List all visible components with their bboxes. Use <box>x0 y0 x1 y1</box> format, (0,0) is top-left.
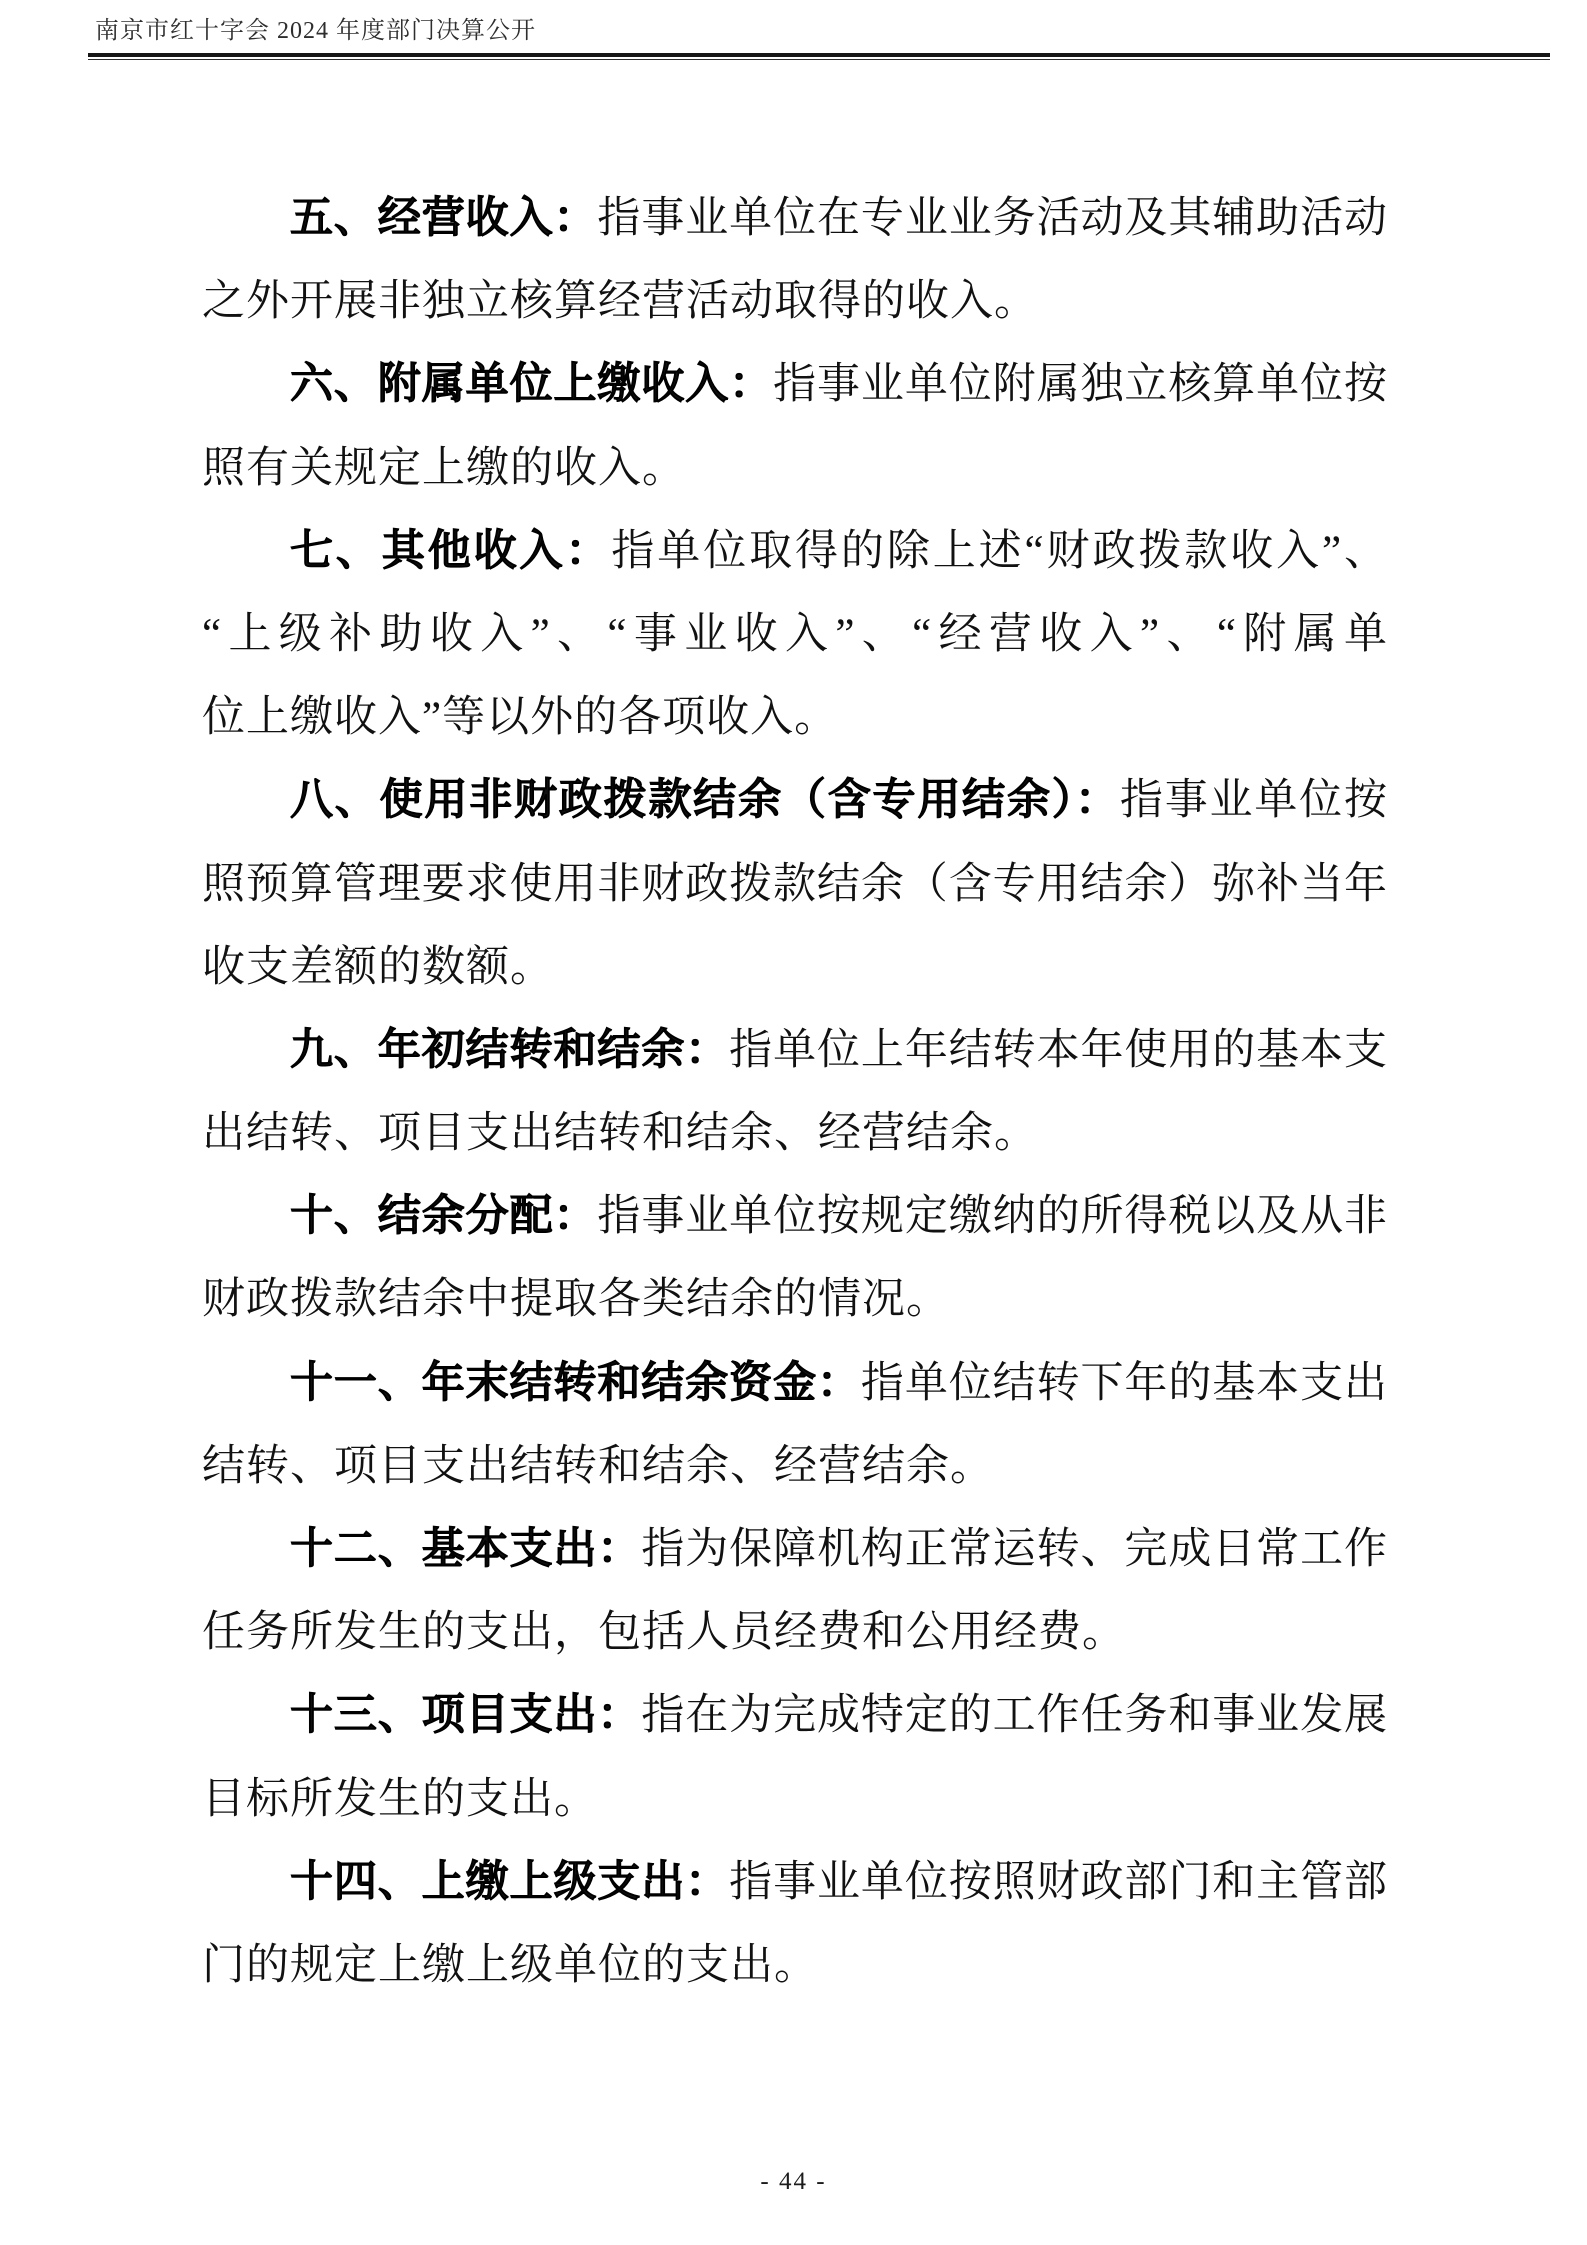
text-line: “上级补助收入”、“事业收入”、“经营收入”、“附属单 <box>202 593 1387 676</box>
text-line: 收支差额的数额。 <box>202 926 1387 1009</box>
definition-text: 指事业单位按规定缴纳的所得税以及从非 <box>597 1193 1387 1240</box>
definition-text: 指事业单位附属独立核算单位按 <box>773 361 1387 408</box>
definition-text: 指事业单位按 <box>1120 777 1387 824</box>
definition-text: 照有关规定上缴的收入。 <box>202 445 686 492</box>
definition-text: 指事业单位按照财政部门和主管部 <box>729 1859 1387 1906</box>
definition-text: 指单位上年结转本年使用的基本支 <box>729 1027 1387 1074</box>
text-line: 照有关规定上缴的收入。 <box>202 427 1387 510</box>
definition-text: 指事业单位在专业业务活动及其辅助活动 <box>597 195 1387 242</box>
definition-text: “上级补助收入”、“事业收入”、“经营收入”、“附属单 <box>202 611 1387 658</box>
definition-text: 指单位结转下年的基本支出 <box>861 1360 1387 1407</box>
definition-text: 之外开展非独立核算经营活动取得的收入。 <box>202 278 1038 325</box>
term-label: 十三、项目支出： <box>290 1692 641 1739</box>
term-label: 九、年初结转和结余： <box>290 1027 729 1074</box>
text-line: 门的规定上缴上级单位的支出。 <box>202 1924 1387 2007</box>
term-label: 十四、上缴上级支出： <box>290 1859 729 1906</box>
text-line: 十三、项目支出：指在为完成特定的工作任务和事业发展 <box>202 1674 1387 1757</box>
text-line: 九、年初结转和结余：指单位上年结转本年使用的基本支 <box>202 1009 1387 1092</box>
definition-text: 指单位取得的除上述“财政拨款收入”、 <box>611 528 1387 575</box>
definition-text: 门的规定上缴上级单位的支出。 <box>202 1942 818 1989</box>
text-line: 七、其他收入：指单位取得的除上述“财政拨款收入”、 <box>202 510 1387 593</box>
text-line: 十、结余分配：指事业单位按规定缴纳的所得税以及从非 <box>202 1175 1387 1258</box>
term-label: 十一、年末结转和结余资金： <box>290 1360 861 1407</box>
header-title: 南京市红十字会 2024 年度部门决算公开 <box>95 10 536 45</box>
body-text: 五、经营收入：指事业单位在专业业务活动及其辅助活动之外开展非独立核算经营活动取得… <box>202 177 1387 2007</box>
text-line: 目标所发生的支出。 <box>202 1758 1387 1841</box>
text-line: 八、使用非财政拨款结余（含专用结余）：指事业单位按 <box>202 759 1387 842</box>
term-label: 七、其他收入： <box>290 528 611 575</box>
text-line: 五、经营收入：指事业单位在专业业务活动及其辅助活动 <box>202 177 1387 260</box>
definition-text: 位上缴收入”等以外的各项收入。 <box>202 694 838 741</box>
definition-text: 照预算管理要求使用非财政拨款结余（含专用结余）弥补当年 <box>202 861 1387 908</box>
document-page: 南京市红十字会 2024 年度部门决算公开 五、经营收入：指事业单位在专业业务活… <box>0 0 1587 2245</box>
term-label: 十二、基本支出： <box>290 1526 641 1573</box>
definition-text: 收支差额的数额。 <box>202 944 554 991</box>
term-label: 十、结余分配： <box>290 1193 597 1240</box>
definition-text: 目标所发生的支出。 <box>202 1776 598 1823</box>
text-line: 六、附属单位上缴收入：指事业单位附属独立核算单位按 <box>202 343 1387 426</box>
text-line: 任务所发生的支出，包括人员经费和公用经费。 <box>202 1591 1387 1674</box>
definition-text: 财政拨款结余中提取各类结余的情况。 <box>202 1276 950 1323</box>
header-rule <box>88 53 1550 60</box>
text-line: 财政拨款结余中提取各类结余的情况。 <box>202 1258 1387 1341</box>
text-line: 位上缴收入”等以外的各项收入。 <box>202 676 1387 759</box>
text-line: 结转、项目支出结转和结余、经营结余。 <box>202 1425 1387 1508</box>
text-line: 之外开展非独立核算经营活动取得的收入。 <box>202 260 1387 343</box>
definition-text: 结转、项目支出结转和结余、经营结余。 <box>202 1443 994 1490</box>
page-number: - 44 - <box>0 2168 1587 2196</box>
definition-text: 出结转、项目支出结转和结余、经营结余。 <box>202 1110 1038 1157</box>
term-label: 八、使用非财政拨款结余（含专用结余）： <box>290 777 1120 824</box>
definition-text: 指为保障机构正常运转、完成日常工作 <box>641 1526 1387 1573</box>
text-line: 十四、上缴上级支出：指事业单位按照财政部门和主管部 <box>202 1841 1387 1924</box>
text-line: 十一、年末结转和结余资金：指单位结转下年的基本支出 <box>202 1342 1387 1425</box>
definition-text: 指在为完成特定的工作任务和事业发展 <box>641 1692 1387 1739</box>
term-label: 六、附属单位上缴收入： <box>290 361 773 408</box>
definition-text: 任务所发生的支出，包括人员经费和公用经费。 <box>202 1609 1126 1656</box>
text-line: 照预算管理要求使用非财政拨款结余（含专用结余）弥补当年 <box>202 843 1387 926</box>
text-line: 十二、基本支出：指为保障机构正常运转、完成日常工作 <box>202 1508 1387 1591</box>
text-line: 出结转、项目支出结转和结余、经营结余。 <box>202 1092 1387 1175</box>
term-label: 五、经营收入： <box>290 195 597 242</box>
